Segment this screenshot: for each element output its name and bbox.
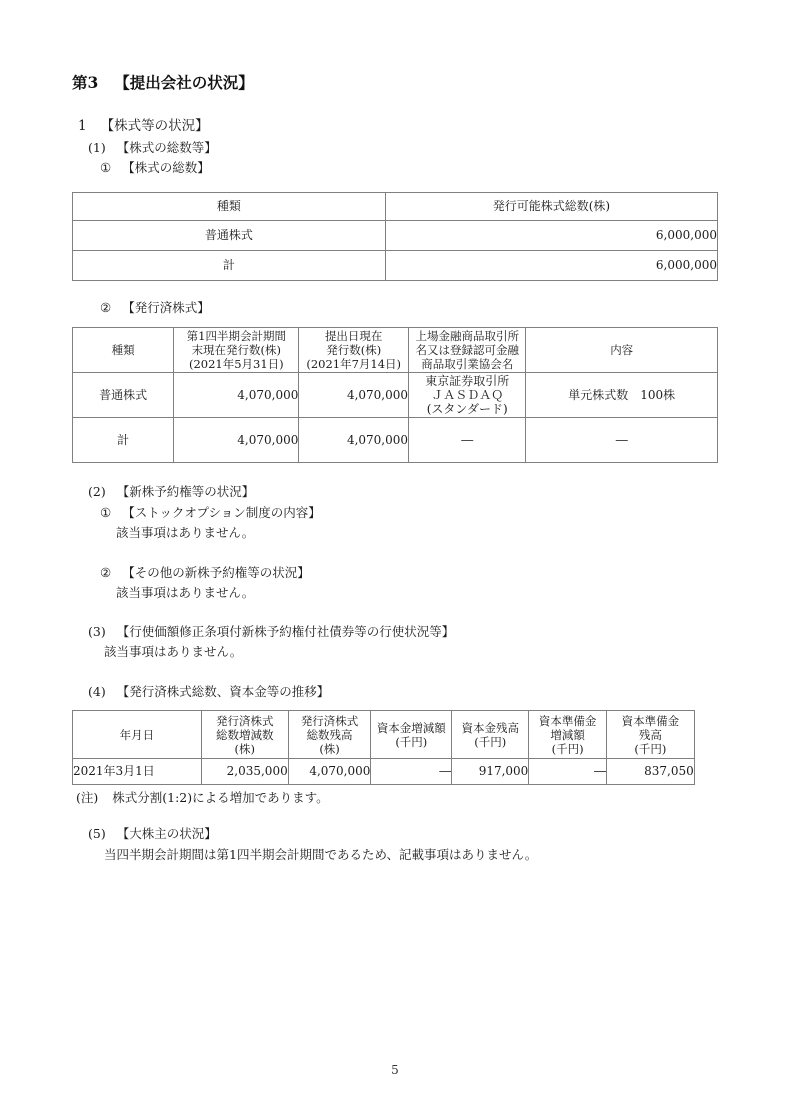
section-title: 【その他の新株予約権等の状況】 bbox=[122, 565, 310, 580]
cell-date: 2021年3月1日 bbox=[73, 759, 202, 785]
cell-content: ― bbox=[526, 418, 718, 463]
col-header-reserve-balance: 資本準備金 残高 (千円) bbox=[607, 711, 695, 759]
col-header-capital-balance: 資本金残高 (千円) bbox=[452, 711, 529, 759]
cell-reserve-change: ― bbox=[529, 759, 607, 785]
section-number: (1) bbox=[88, 140, 106, 155]
table-row: 普通株式 4,070,000 4,070,000 東京証券取引所 ＪＡＳＤＡＱ … bbox=[73, 373, 718, 418]
section-body-none: 該当事項はありません。 bbox=[72, 525, 718, 541]
section-major-shareholders: (5)【大株主の状況】 bbox=[72, 826, 718, 842]
table-row-total: 計 6,000,000 bbox=[73, 251, 718, 281]
col-header-date: 年月日 bbox=[73, 711, 202, 759]
cell-filing-date-shares: 4,070,000 bbox=[299, 373, 409, 418]
cell-share-type: 計 bbox=[73, 418, 174, 463]
col-header-shares-change: 発行済株式 総数増減数 (株) bbox=[201, 711, 288, 759]
table-row: 普通株式 6,000,000 bbox=[73, 221, 718, 251]
table-header-row: 種類 第1四半期会計期間 末現在発行数(株) (2021年5月31日) 提出日現… bbox=[73, 328, 718, 373]
col-header-authorized-total: 発行可能株式総数(株) bbox=[385, 193, 717, 221]
note-label: (注) bbox=[76, 790, 98, 805]
section-body-none: 該当事項はありません。 bbox=[72, 644, 718, 660]
section-issued-shares: ②【発行済株式】 bbox=[72, 300, 718, 316]
section-number: (5) bbox=[88, 826, 106, 841]
section-number: ① bbox=[100, 160, 111, 175]
col-header-capital-change: 資本金増減額 (千円) bbox=[371, 711, 452, 759]
section-number: (4) bbox=[88, 684, 106, 699]
col-header-content: 内容 bbox=[526, 328, 718, 373]
document-content: 第3【提出会社の状況】 1【株式等の状況】 (1)【株式の総数等】 ①【株式の総… bbox=[72, 0, 718, 863]
section-number: (2) bbox=[88, 484, 106, 499]
table-row-total: 計 4,070,000 4,070,000 ― ― bbox=[73, 418, 718, 463]
section-number: ① bbox=[100, 505, 111, 520]
col-header-exchange: 上場金融商品取引所 名又は登録認可金融 商品取引業協会名 bbox=[409, 328, 526, 373]
section-exercise-status: (3)【行使価額修正条項付新株予約権付社債券等の行使状況等】 bbox=[72, 624, 718, 640]
cell-share-type: 普通株式 bbox=[73, 373, 174, 418]
cell-authorized-total: 6,000,000 bbox=[385, 251, 717, 281]
section-title: 【新株予約権等の状況】 bbox=[117, 484, 255, 499]
cell-shares-change: 2,035,000 bbox=[201, 759, 288, 785]
cell-capital-balance: 917,000 bbox=[452, 759, 529, 785]
col-header-q1-end-shares: 第1四半期会計期間 末現在発行数(株) (2021年5月31日) bbox=[174, 328, 299, 373]
section-number: ② bbox=[100, 565, 111, 580]
col-header-reserve-change: 資本準備金 増減額 (千円) bbox=[529, 711, 607, 759]
table-note: (注)株式分割(1:2)による増加であります。 bbox=[72, 790, 718, 806]
col-header-share-type: 種類 bbox=[73, 193, 386, 221]
cell-q1-end-shares: 4,070,000 bbox=[174, 418, 299, 463]
doc-heading-title: 【提出会社の状況】 bbox=[114, 73, 254, 92]
section-warrants: (2)【新株予約権等の状況】 bbox=[72, 484, 718, 500]
section-title: 【株式の総数等】 bbox=[117, 140, 217, 155]
note-text: 株式分割(1:2)による増加であります。 bbox=[112, 790, 328, 805]
cell-shares-balance: 4,070,000 bbox=[288, 759, 371, 785]
section-stock-status: 1【株式等の状況】 bbox=[72, 118, 718, 135]
col-header-filing-date-shares: 提出日現在 発行数(株) (2021年7月14日) bbox=[299, 328, 409, 373]
section-title: 【発行済株式総数、資本金等の推移】 bbox=[117, 684, 330, 699]
section-title: 【株式等の状況】 bbox=[101, 118, 209, 134]
cell-share-type: 普通株式 bbox=[73, 221, 386, 251]
col-header-share-type: 種類 bbox=[73, 328, 174, 373]
section-body-none: 該当事項はありません。 bbox=[72, 585, 718, 601]
capital-history-table: 年月日 発行済株式 総数増減数 (株) 発行済株式 総数残高 (株) 資本金増減… bbox=[72, 710, 695, 785]
section-title: 【ストックオプション制度の内容】 bbox=[122, 505, 321, 520]
cell-capital-change: ― bbox=[371, 759, 452, 785]
col-header-shares-balance: 発行済株式 総数残高 (株) bbox=[288, 711, 371, 759]
cell-q1-end-shares: 4,070,000 bbox=[174, 373, 299, 418]
section-number: 1 bbox=[78, 118, 87, 134]
issued-shares-table: 種類 第1四半期会計期間 末現在発行数(株) (2021年5月31日) 提出日現… bbox=[72, 327, 718, 463]
cell-exchange: ― bbox=[409, 418, 526, 463]
doc-heading-number: 第3 bbox=[72, 73, 98, 92]
cell-filing-date-shares: 4,070,000 bbox=[299, 418, 409, 463]
section-number: ② bbox=[100, 300, 111, 315]
section-other-warrants: ②【その他の新株予約権等の状況】 bbox=[72, 565, 718, 581]
section-body-none: 当四半期会計期間は第1四半期会計期間であるため、記載事項はありません。 bbox=[72, 847, 718, 863]
page-number: 5 bbox=[0, 1063, 790, 1077]
cell-share-type: 計 bbox=[73, 251, 386, 281]
table-header-row: 種類 発行可能株式総数(株) bbox=[73, 193, 718, 221]
section-share-totals: (1)【株式の総数等】 bbox=[72, 140, 718, 156]
section-number: (3) bbox=[88, 624, 106, 639]
cell-authorized-total: 6,000,000 bbox=[385, 221, 717, 251]
cell-reserve-balance: 837,050 bbox=[607, 759, 695, 785]
authorized-shares-table: 種類 発行可能株式総数(株) 普通株式 6,000,000 計 6,000,00… bbox=[72, 192, 718, 281]
section-title: 【行使価額修正条項付新株予約権付社債券等の行使状況等】 bbox=[117, 624, 455, 639]
table-row: 2021年3月1日 2,035,000 4,070,000 ― 917,000 … bbox=[73, 759, 695, 785]
doc-heading: 第3【提出会社の状況】 bbox=[72, 73, 718, 93]
section-title: 【発行済株式】 bbox=[122, 300, 210, 315]
section-total-shares: ①【株式の総数】 bbox=[72, 160, 718, 176]
table-header-row: 年月日 発行済株式 総数増減数 (株) 発行済株式 総数残高 (株) 資本金増減… bbox=[73, 711, 695, 759]
cell-content: 単元株式数 100株 bbox=[526, 373, 718, 418]
section-capital-changes: (4)【発行済株式総数、資本金等の推移】 bbox=[72, 684, 718, 700]
section-title: 【株式の総数】 bbox=[122, 160, 210, 175]
section-title: 【大株主の状況】 bbox=[117, 826, 217, 841]
document-page: 第3【提出会社の状況】 1【株式等の状況】 (1)【株式の総数等】 ①【株式の総… bbox=[0, 0, 790, 1118]
cell-exchange: 東京証券取引所 ＪＡＳＤＡＱ (スタンダード) bbox=[409, 373, 526, 418]
section-stock-option: ①【ストックオプション制度の内容】 bbox=[72, 505, 718, 521]
